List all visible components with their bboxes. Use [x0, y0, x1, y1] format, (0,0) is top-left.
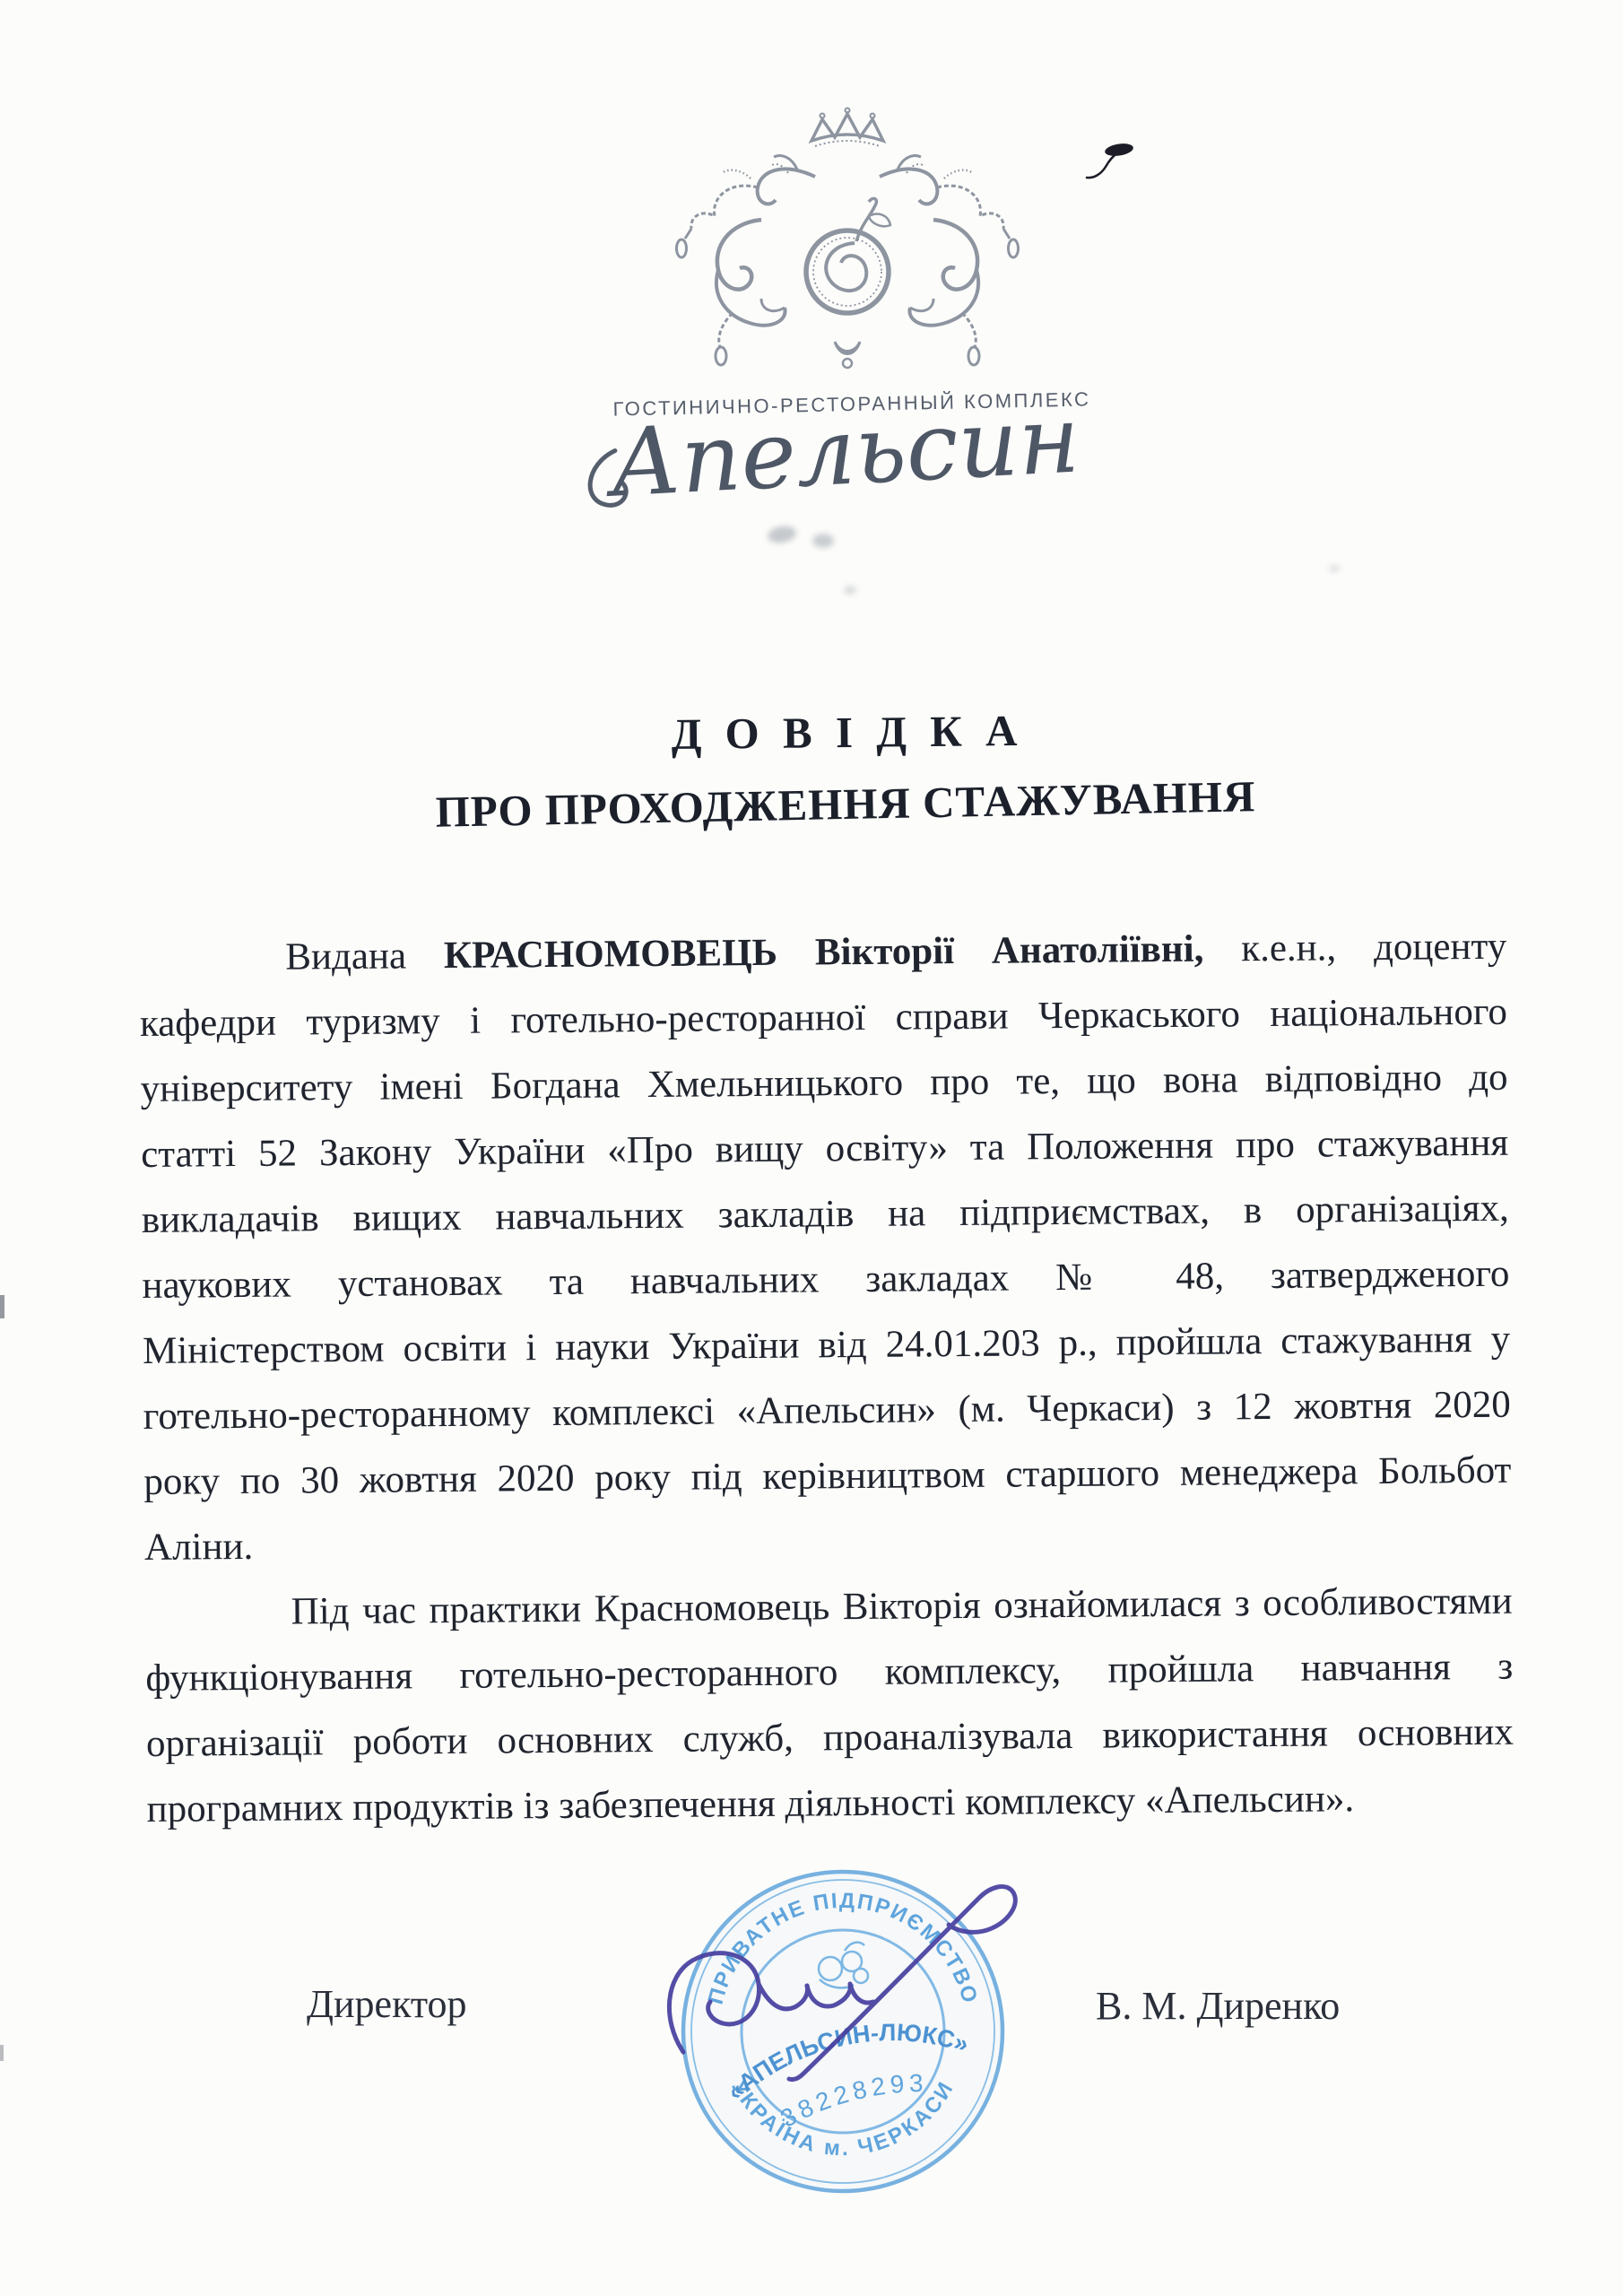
- letterhead-tagline: ГОСТИНИЧНО-РЕСТОРАННЫЙ КОМПЛЕКС: [448, 385, 1255, 425]
- document-page: Апельсин ПРИВАТНЕ ПІДПРИЄМСТВО УКРАЇНА: [0, 0, 1623, 2296]
- body-line: статті 52 Закону України «Про вищу освіт…: [141, 1110, 1509, 1187]
- svg-text:ПРИВАТНЕ ПІДПРИЄМСТВО: ПРИВАТНЕ ПІДПРИЄМСТВО: [704, 1889, 983, 2007]
- body-line: готельно-ресторанному комплексі «Апельси…: [143, 1372, 1511, 1449]
- stamp-code: 38228293: [773, 2064, 934, 2135]
- body-line-lead: Видана: [285, 935, 444, 978]
- signer-name: В. М. Диренко: [1096, 1983, 1340, 2029]
- body-line: Видана КРАСНОМОВЕЦЬ Вікторії Анатоліївні…: [139, 914, 1507, 991]
- body-line-tail: к.е.н., доценту: [1203, 926, 1506, 970]
- signer-role: Директор: [307, 1981, 467, 2027]
- body-line: Під час практики Красномовець Вікторія о…: [144, 1569, 1513, 1646]
- body-line: організації роботи основних служб, проан…: [146, 1700, 1515, 1777]
- document-body: Видана КРАСНОМОВЕЦЬ Вікторії Анатоліївні…: [139, 914, 1515, 1842]
- stamp-company: «АПЕЛЬСИН-ЛЮКС»: [715, 2002, 977, 2109]
- trainee-name: КРАСНОМОВЕЦЬ Вікторії Анатоліївні,: [444, 928, 1204, 977]
- director-signature: [669, 1886, 1015, 2079]
- body-line: програмних продуктів із забезпечення дія…: [146, 1765, 1515, 1842]
- body-line: викладачів вищих навчальних закладів на …: [142, 1176, 1510, 1253]
- document-title: Д О В І Д К А: [0, 698, 1623, 767]
- svg-text:УКРАЇНА м. ЧЕРКАСИ: УКРАЇНА м. ЧЕРКАСИ: [726, 2076, 959, 2161]
- body-line: кафедри туризму і готельно-ресторанної с…: [140, 979, 1508, 1057]
- body-line: наукових установах та навчальних заклада…: [142, 1241, 1510, 1318]
- body-line: року по 30 жовтня 2020 року під керівниц…: [143, 1438, 1512, 1515]
- company-stamp: ПРИВАТНЕ ПІДПРИЄМСТВО УКРАЇНА м. ЧЕРКАСИ…: [683, 1872, 1002, 2191]
- svg-text:38228293: 38228293: [773, 2064, 934, 2135]
- stamp-emblem-icon: [819, 1943, 868, 1988]
- body-line: функціонування готельно-ресторанного ком…: [145, 1634, 1514, 1711]
- svg-text:«АПЕЛЬСИН-ЛЮКС»: «АПЕЛЬСИН-ЛЮКС»: [715, 2002, 977, 2109]
- document-subtitle: ПРО ПРОХОДЖЕННЯ СТАЖУВАННЯ: [0, 762, 1623, 846]
- body-line: Міністерством освіти і науки України від…: [143, 1307, 1511, 1384]
- body-line: університету імені Богдана Хмельницького…: [140, 1045, 1508, 1122]
- stamp-ring-bottom: УКРАЇНА м. ЧЕРКАСИ: [726, 2076, 959, 2161]
- ink-mark: [1087, 142, 1134, 178]
- apelsin-emblem-icon: [677, 109, 1019, 369]
- stamp-ring-top: ПРИВАТНЕ ПІДПРИЄМСТВО: [704, 1889, 983, 2007]
- body-line: Аліни.: [144, 1503, 1513, 1580]
